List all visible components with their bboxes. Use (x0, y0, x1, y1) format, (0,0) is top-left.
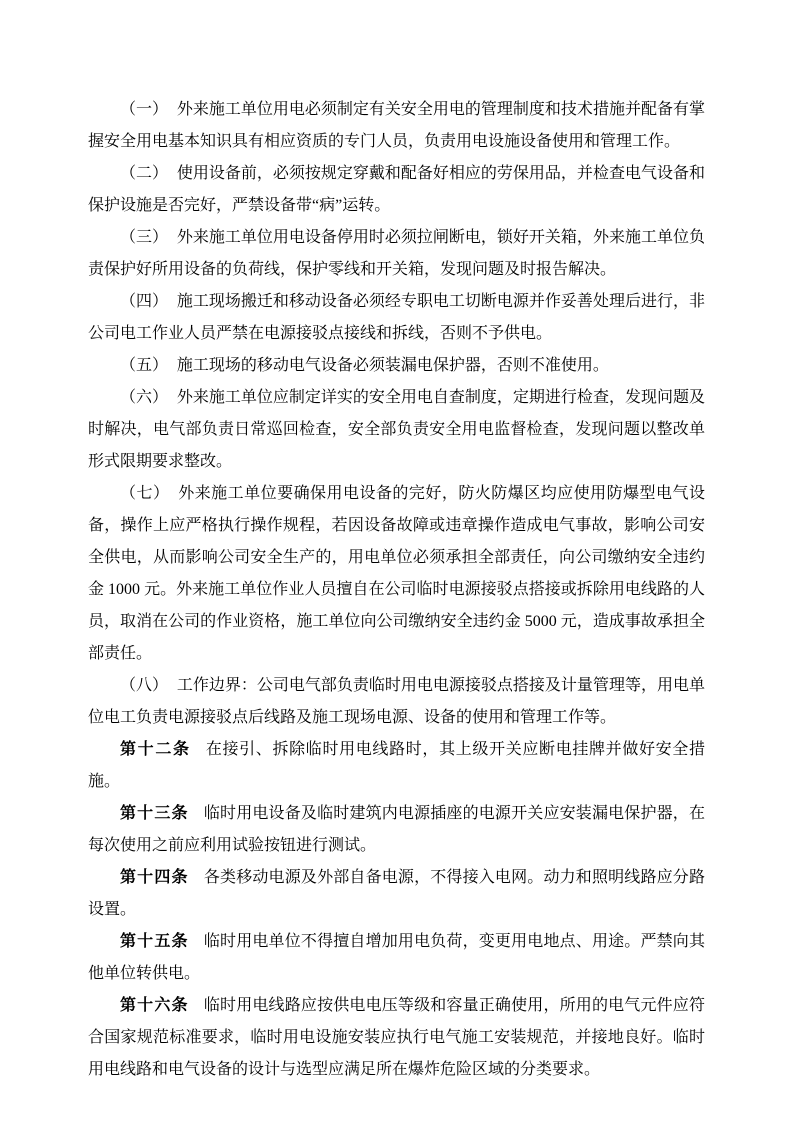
paragraph-text: 工作边界：公司电气部负责临时用电电源接驳点搭接及计量管理等，用电单位电工负责电源… (88, 677, 705, 726)
clause-paragraph: （六）外来施工单位应制定详实的安全用电自查制度，定期进行检查，发现问题及时解决，… (88, 382, 705, 478)
clause-number-label: （七） (120, 485, 169, 502)
clause-paragraph: （四）施工现场搬迁和移动设备必须经专职电工切断电源并作妥善处理后进行，非公司电工… (88, 286, 705, 350)
article-number-label: 第十六条 (120, 997, 189, 1014)
clause-number-label: （三） (120, 229, 168, 246)
paragraph-text: 施工现场的移动电气设备必须装漏电保护器，否则不准使用。 (177, 357, 609, 374)
article-number-label: 第十二条 (120, 741, 191, 758)
paragraph-text: 施工现场搬迁和移动设备必须经专职电工切断电源并作妥善处理后进行，非公司电工作业人… (88, 293, 705, 342)
clause-paragraph: （二）使用设备前，必须按规定穿戴和配备好相应的劳保用品，并检查电气设备和保护设施… (88, 158, 705, 222)
paragraph-text: 外来施工单位用电必须制定有关安全用电的管理制度和技术措施并配备有掌握安全用电基本… (88, 101, 705, 150)
paragraph-text: 外来施工单位用电设备停用时必须拉闸断电，锁好开关箱，外来施工单位负责保护好所用设… (88, 229, 705, 278)
clause-number-label: （五） (120, 357, 168, 374)
article-number-label: 第十四条 (120, 869, 189, 886)
document-page: （一）外来施工单位用电必须制定有关安全用电的管理制度和技术措施并配备有掌握安全用… (0, 0, 793, 1122)
document-body: （一）外来施工单位用电必须制定有关安全用电的管理制度和技术措施并配备有掌握安全用… (88, 94, 705, 1086)
clause-paragraph: （七）外来施工单位要确保用电设备的完好，防火防爆区均应使用防爆型电气设备，操作上… (88, 478, 705, 670)
clause-paragraph: （三）外来施工单位用电设备停用时必须拉闸断电，锁好开关箱，外来施工单位负责保护好… (88, 222, 705, 286)
article-paragraph: 第十五条临时用电单位不得擅自增加用电负荷，变更用电地点、用途。严禁向其他单位转供… (88, 926, 705, 990)
clause-number-label: （八） (120, 677, 168, 694)
article-number-label: 第十五条 (120, 933, 189, 950)
article-paragraph: 第十四条各类移动电源及外部自备电源，不得接入电网。动力和照明线路应分路设置。 (88, 862, 705, 926)
paragraph-text: 外来施工单位要确保用电设备的完好，防火防爆区均应使用防爆型电气设备，操作上应严格… (88, 485, 705, 662)
clause-number-label: （二） (120, 165, 168, 182)
clause-number-label: （六） (120, 389, 168, 406)
clause-number-label: （四） (120, 293, 168, 310)
article-paragraph: 第十二条在接引、拆除临时用电线路时，其上级开关应断电挂牌并做好安全措施。 (88, 734, 705, 798)
clause-paragraph: （五）施工现场的移动电气设备必须装漏电保护器，否则不准使用。 (88, 350, 705, 382)
clause-paragraph: （一）外来施工单位用电必须制定有关安全用电的管理制度和技术措施并配备有掌握安全用… (88, 94, 705, 158)
article-number-label: 第十三条 (120, 805, 189, 822)
paragraph-text: 外来施工单位应制定详实的安全用电自查制度，定期进行检查，发现问题及时解决，电气部… (88, 389, 705, 470)
article-paragraph: 第十六条临时用电线路应按供电电压等级和容量正确使用，所用的电气元件应符合国家规范… (88, 990, 705, 1086)
article-paragraph: 第十三条临时用电设备及临时建筑内电源插座的电源开关应安装漏电保护器，在每次使用之… (88, 798, 705, 862)
clause-paragraph: （八）工作边界：公司电气部负责临时用电电源接驳点搭接及计量管理等，用电单位电工负… (88, 670, 705, 734)
paragraph-text: 使用设备前，必须按规定穿戴和配备好相应的劳保用品，并检查电气设备和保护设施是否完… (88, 165, 705, 214)
clause-number-label: （一） (120, 101, 168, 118)
